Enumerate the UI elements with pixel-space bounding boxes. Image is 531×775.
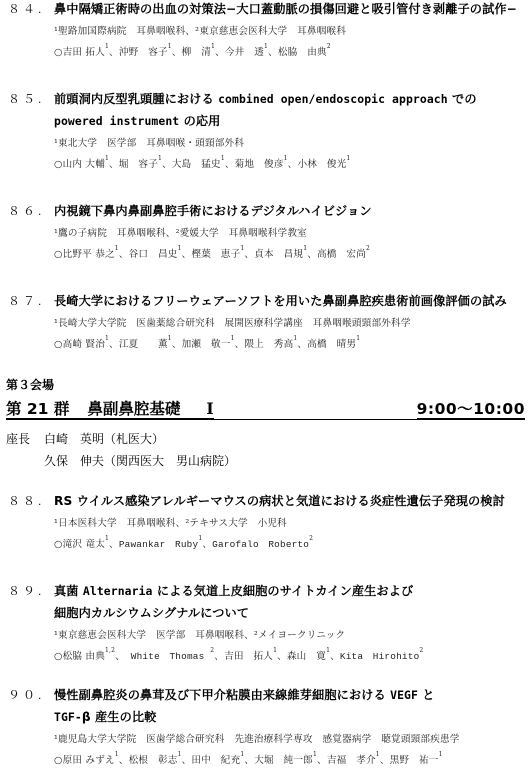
author-separator: 、 (109, 539, 119, 550)
author-separator: 、 (202, 539, 212, 550)
author-separator: 、 (307, 249, 317, 260)
author-name: ○吉田 拓人 (54, 47, 105, 58)
author-separator: 、 (277, 651, 287, 662)
affiliation-marker: 2 (327, 43, 331, 50)
author-separator: 、 (330, 651, 340, 662)
author-separator: 、 (172, 339, 182, 350)
author-separator: 、 (182, 755, 192, 766)
author-separator: 、 (115, 651, 125, 662)
affiliation-marker: 1 (293, 335, 297, 342)
affiliation-marker: 1 (105, 155, 109, 162)
entry-number: ８９. (8, 582, 44, 599)
author-separator: 、 (244, 249, 254, 260)
author-name: 樫葉 恵子 (191, 249, 240, 260)
affiliation-marker: 1 (168, 335, 172, 342)
author-separator: 、 (235, 339, 245, 350)
author-name: 高橋 宏尚 (317, 249, 366, 260)
author-name: 高橋 晴男 (307, 339, 356, 350)
entry-authors: ○高崎 賢治1、江夏 薫1、加瀬 敬一1、隈上 秀高1、高橋 晴男1 (54, 336, 360, 350)
affiliation-marker: 1 (439, 751, 443, 758)
entry-affiliation: ¹東北大学 医学部 耳鼻咽喉・頭頸部外科 (54, 135, 244, 149)
author-name: Kita Hirohito (340, 651, 420, 662)
author-separator: 、 (317, 755, 327, 766)
affiliation-marker: 1 (356, 335, 360, 342)
author-name: 堀 容子 (119, 159, 158, 170)
entry-title: RS ウイルス感染アレルギーマウスの病状と気道における炎症性遺伝子発現の検討 (54, 492, 505, 509)
affiliation-marker: 1 (303, 245, 307, 252)
author-separator: 、 (268, 47, 278, 58)
session-part: I (206, 399, 213, 418)
entry-authors: ○松脇 由典1,2、 White Thomas 2、吉田 拓人1、森山 寛1、K… (54, 648, 423, 662)
affiliation-marker: 2 (366, 245, 370, 252)
affiliation-marker: 1 (211, 43, 215, 50)
author-name: 貞本 昌規 (254, 249, 303, 260)
author-name: 吉福 孝介 (327, 755, 376, 766)
author-separator: 、 (109, 47, 119, 58)
affiliation-marker: 1,2 (105, 647, 115, 654)
entry-authors: ○山内 大輔1、堀 容子1、大島 猛史1、菊地 俊彦1、小林 俊光1 (54, 156, 350, 170)
author-separator: 、 (119, 249, 129, 260)
entry-number: ８７. (8, 292, 44, 309)
author-separator: 、 (244, 755, 254, 766)
affiliation-marker: 2 (419, 647, 423, 654)
affiliation-marker: 1 (105, 535, 109, 542)
author-name: 江夏 薫 (119, 339, 168, 350)
entry-number: ９０. (8, 686, 44, 703)
affiliation-marker: 1 (198, 535, 202, 542)
affiliation-marker: 1 (178, 751, 182, 758)
session-group: 第 21 群 (6, 400, 69, 418)
entry-title-line-2: 細胞内カルシウムシグナルについて (54, 604, 249, 621)
author-separator: 、 (182, 249, 192, 260)
session-title: 第 21 群鼻副鼻腔基礎I (6, 400, 214, 420)
entry-affiliation: ¹鹿児島大学大学院 医歯学総合研究科 先進治療科学専攻 感覚器病学 聴覚頭頸部疾… (54, 731, 460, 745)
author-separator: 、 (109, 339, 119, 350)
entry-authors: ○滝沢 竜太1、Pawankar Ruby1、Garofalo Roberto2 (54, 536, 313, 550)
author-name: ○山内 大輔 (54, 159, 105, 170)
chair-line-1: 座長白崎 英明（札医大） (6, 430, 164, 447)
title-line-1: 前頭洞内反型乳頭腫における combined open/endoscopic a… (54, 92, 477, 106)
entry-title: 内視鏡下鼻内鼻副鼻腔手術におけるデジタルハイビジョン (54, 202, 372, 219)
affiliation-marker: 2 (309, 535, 313, 542)
author-separator: 、 (297, 339, 307, 350)
session-topic: 鼻副鼻腔基礎 (87, 400, 180, 418)
affiliation-marker: 1 (376, 751, 380, 758)
author-name: 谷口 昌史 (129, 249, 178, 260)
entry-affiliation: ¹日本医科大学 耳鼻咽喉科、²テキサス大学 小児科 (54, 515, 287, 529)
author-separator: 、 (215, 47, 225, 58)
author-name: 沖野 容子 (119, 47, 168, 58)
entry-authors: ○吉田 拓人1、沖野 容子1、柳 清1、今井 透1、松脇 由典2 (54, 44, 331, 58)
author-name: 大堀 純一郎 (254, 755, 313, 766)
entry-title: 長崎大学におけるフリーウェアーソフトを用いた鼻副鼻腔疾患術前画像評価の試み (54, 292, 507, 309)
chair-name: 白崎 英明 (44, 432, 104, 446)
author-name: White Thomas (125, 651, 210, 662)
affiliation-marker: 1 (105, 335, 109, 342)
author-separator: 、 (380, 755, 390, 766)
affiliation-marker: 1 (231, 335, 235, 342)
author-name: 大島 猛史 (172, 159, 221, 170)
affiliation-marker: 1 (178, 245, 182, 252)
entry-authors: ○原田 みずえ1、松根 彰志1、田中 紀充1、大堀 純一郎1、吉福 孝介1、黒野… (54, 752, 443, 766)
affiliation-marker: 1 (115, 751, 119, 758)
author-name: ○高崎 賢治 (54, 339, 105, 350)
chair-affiliation: （札医大） (104, 432, 164, 446)
affiliation-marker: 1 (264, 43, 268, 50)
chair-line-2: 久保 伸夫（関西医大 男山病院） (6, 452, 236, 469)
affiliation-marker: 1 (346, 155, 350, 162)
author-name: 吉田 拓人 (224, 651, 273, 662)
entry-affiliation: ¹鷹の子病院 耳鼻咽喉科、²愛媛大学 耳鼻咽喉科学教室 (54, 225, 307, 239)
entry-title: 鼻中隔矯正術時の出血の対策法−大口蓋動脈の損傷回避と吸引管付き剥離子の試作− (54, 0, 517, 17)
session-header: 第 21 群鼻副鼻腔基礎I 9:00〜10:00 (0, 398, 531, 422)
chair-name: 久保 伸夫 (44, 454, 104, 468)
entry-affiliation: ¹聖路加国際病院 耳鼻咽喉科、²東京慈恵会医科大学 耳鼻咽喉科 (54, 23, 346, 37)
affiliation-marker: 1 (168, 43, 172, 50)
author-separator: 、 (225, 159, 235, 170)
author-name: 今井 透 (225, 47, 264, 58)
author-name: Pawankar Ruby (119, 539, 199, 550)
author-name: 隈上 秀高 (244, 339, 293, 350)
entry-title: 慢性副鼻腔炎の鼻茸及び下甲介粘膜由来線維芽細胞における VEGF と (54, 686, 435, 703)
entry-number: ８５. (8, 90, 44, 107)
author-name: Garofalo Roberto (212, 539, 309, 550)
author-name: ○滝沢 竜太 (54, 539, 105, 550)
entry-affiliation: ¹長崎大学大学院 医歯薬総合研究科 展開医療科学講座 耳鼻咽喉頭頸部外科学 (54, 315, 411, 329)
author-name: 森山 寛 (287, 651, 326, 662)
entry-title-line-2: TGF-β 産生の比較 (54, 708, 156, 725)
entry-title: 前頭洞内反型乳頭腫における combined open/endoscopic a… (54, 90, 477, 107)
author-name: 田中 紀充 (191, 755, 240, 766)
author-name: 菊地 俊彦 (235, 159, 284, 170)
entry-authors: ○比野平 恭之1、谷口 昌史1、樫葉 恵子1、貞本 昌規1、高橋 宏尚2 (54, 246, 370, 260)
author-name: ○比野平 恭之 (54, 249, 115, 260)
author-name: 加瀬 敬一 (182, 339, 231, 350)
author-separator: 、 (172, 47, 182, 58)
author-separator: 、 (162, 159, 172, 170)
affiliation-marker: 1 (115, 245, 119, 252)
author-separator: 、 (214, 651, 224, 662)
affiliation-marker: 1 (273, 647, 277, 654)
author-name: 松脇 由典 (278, 47, 327, 58)
author-name: 黒野 祐一 (390, 755, 439, 766)
affiliation-marker: 2 (210, 647, 214, 654)
author-name: 小林 俊光 (297, 159, 346, 170)
affiliation-marker: 1 (284, 155, 288, 162)
affiliation-marker: 1 (105, 43, 109, 50)
author-name: ○原田 みずえ (54, 755, 115, 766)
affiliation-marker: 1 (313, 751, 317, 758)
entry-title-line-2: powered instrument の応用 (54, 112, 220, 129)
affiliation-marker: 1 (240, 245, 244, 252)
chair-affiliation: （関西医大 男山病院） (104, 454, 236, 468)
entry-number: ８８. (8, 492, 44, 509)
author-separator: 、 (288, 159, 298, 170)
affiliation-marker: 1 (240, 751, 244, 758)
affiliation-marker: 1 (158, 155, 162, 162)
session-time: 9:00〜10:00 (417, 400, 525, 420)
affiliation-marker: 1 (326, 647, 330, 654)
chair-label: 座長 (6, 430, 44, 447)
author-name: 松根 彰志 (129, 755, 178, 766)
entry-affiliation: ¹東京慈恵会医科大学 医学部 耳鼻咽喉科、²メイヨークリニック (54, 627, 345, 641)
venue-label: 第３会場 (6, 376, 54, 393)
author-separator: 、 (109, 159, 119, 170)
author-name: 柳 清 (182, 47, 211, 58)
entry-number: ８６. (8, 202, 44, 219)
entry-number: ８４. (8, 0, 44, 17)
author-separator: 、 (119, 755, 129, 766)
entry-title: 真菌 Alternaria による気道上皮細胞のサイトカイン産生および (54, 582, 413, 599)
affiliation-marker: 1 (221, 155, 225, 162)
author-name: ○松脇 由典 (54, 651, 105, 662)
